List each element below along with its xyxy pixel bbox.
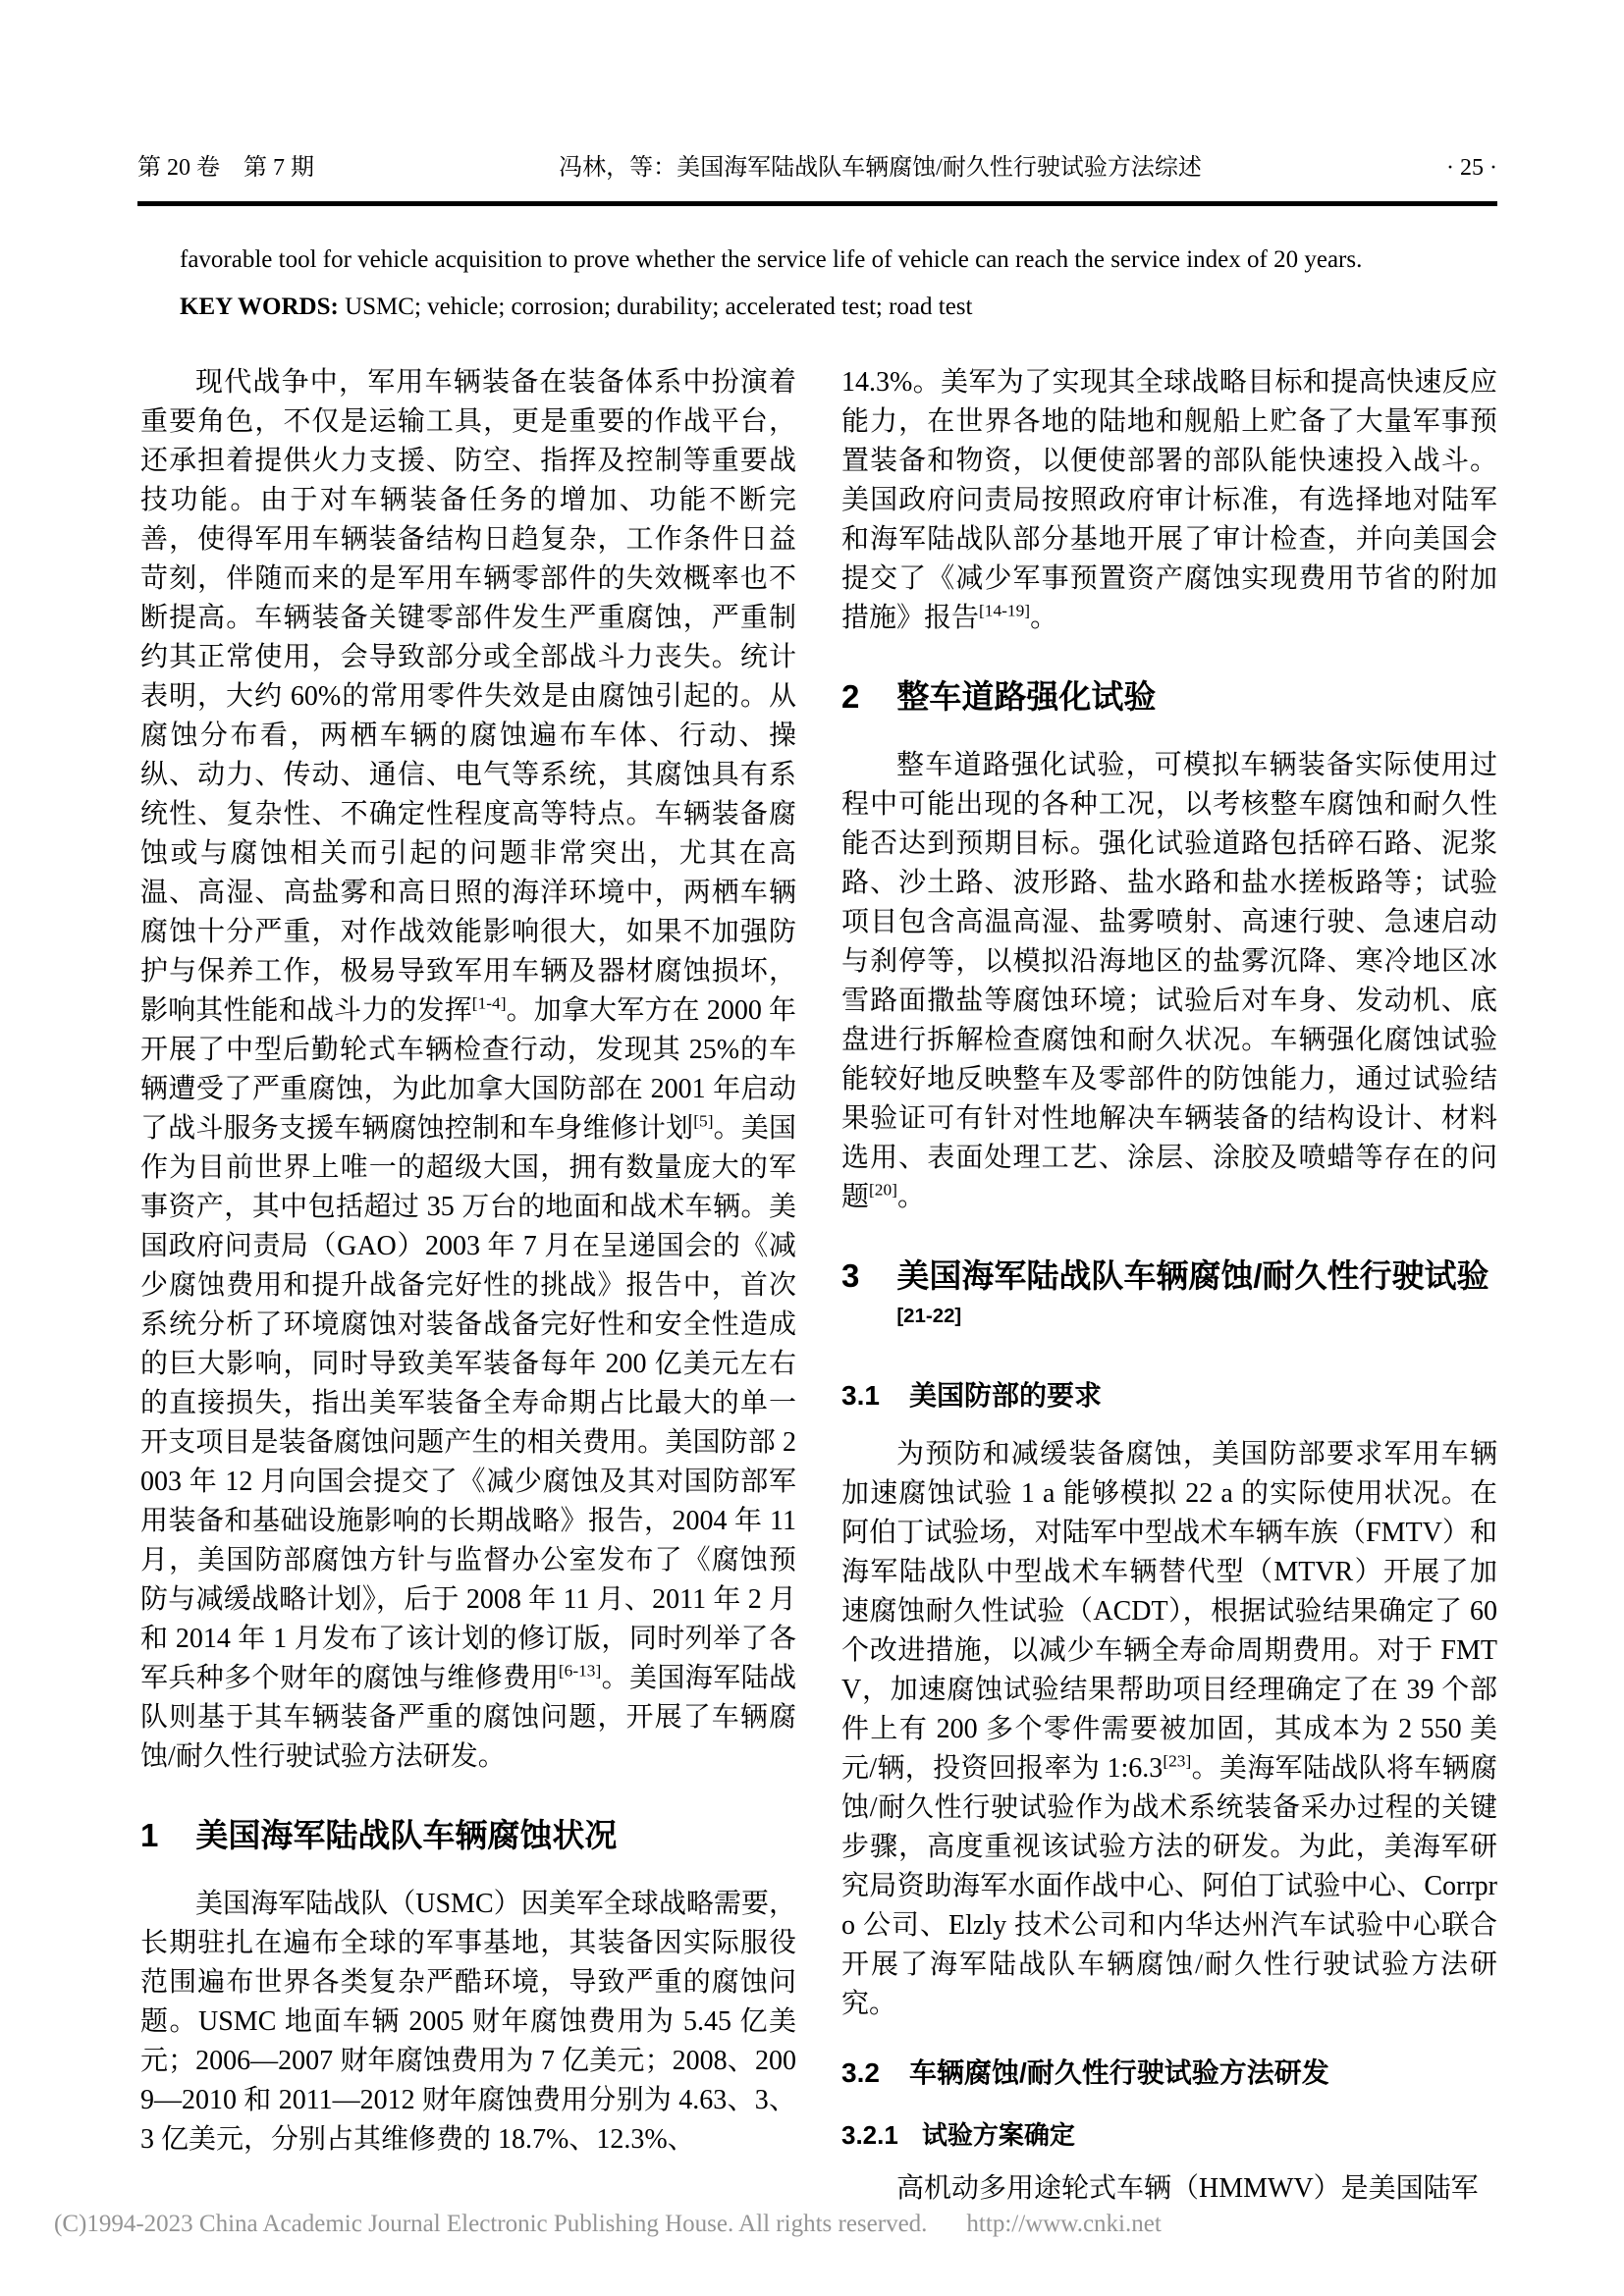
header-running-title: 冯林，等：美国海军陆战队车辆腐蚀/耐久性行驶试验方法综述 [314, 147, 1446, 182]
section-2-number: 2 [841, 673, 859, 721]
section-1-number: 1 [140, 1812, 158, 1859]
section-3-2-1-heading: 3.2.1 试验方案确定 [841, 2116, 1497, 2154]
journal-page: 第 20 卷 第 7 期 冯林，等：美国海军陆战队车辆腐蚀/耐久性行驶试验方法综… [0, 0, 1624, 2296]
usmc-corrosion-paragraph: 美国海军陆战队（USMC）因美军全球战略需要，长期驻扎在遍布全球的军事基地，其装… [140, 1885, 796, 2160]
keywords-text: USMC; vehicle; corrosion; durability; ac… [345, 294, 972, 320]
abstract-tail-line: favorable tool for vehicle acquisition t… [180, 243, 1407, 276]
section-3-heading: 3 美国海军陆战队车辆腐蚀/耐久性行驶试验[21-22] [841, 1253, 1497, 1347]
section-3-2-title: 车辆腐蚀/耐久性行驶试验方法研发 [909, 2054, 1497, 2093]
section-3-title: 美国海军陆战队车辆腐蚀/耐久性行驶试验[21-22] [896, 1253, 1497, 1347]
section-2-title: 整车道路强化试验 [896, 673, 1497, 721]
running-header: 第 20 卷 第 7 期 冯林，等：美国海军陆战队车辆腐蚀/耐久性行驶试验方法综… [137, 147, 1497, 182]
continued-paragraph: 14.3%。美军为了实现其全球战略目标和提高快速反应能力，在世界各地的陆地和舰船… [841, 363, 1497, 638]
section-3-2-heading: 3.2 车辆腐蚀/耐久性行驶试验方法研发 [841, 2054, 1497, 2093]
section-3-2-number: 3.2 [841, 2054, 880, 2093]
intro-paragraph: 现代战争中，军用车辆装备在装备体系中扮演着重要角色，不仅是运输工具，更是重要的作… [140, 363, 796, 1777]
header-volume-issue: 第 20 卷 第 7 期 [137, 147, 314, 182]
right-column: 14.3%。美军为了实现其全球战略目标和提高快速反应能力，在世界各地的陆地和舰船… [841, 363, 1497, 2209]
section-3-2-1-number: 3.2.1 [841, 2116, 898, 2154]
section-3-1-heading: 3.1 美国防部的要求 [841, 1376, 1497, 1415]
section-1-title: 美国海军陆战队车辆腐蚀状况 [195, 1812, 796, 1859]
abstract-block: favorable tool for vehicle acquisition t… [180, 243, 1407, 323]
section-2-heading: 2 整车道路强化试验 [841, 673, 1497, 721]
header-page-number: · 25 · [1446, 155, 1497, 182]
cnki-url: http://www.cnki.net [966, 2211, 1161, 2237]
hmmwv-paragraph: 高机动多用途轮式车辆（HMMWV）是美国陆军 [841, 2169, 1497, 2209]
section-3-1-number: 3.1 [841, 1376, 880, 1415]
keywords-label: KEY WORDS: [180, 294, 345, 320]
section-3-number: 3 [841, 1253, 859, 1347]
road-test-paragraph: 整车道路强化试验，可模拟车辆装备实际使用过程中可能出现的各种工况，以考核整车腐蚀… [841, 746, 1497, 1217]
copyright-text: (C)1994-2023 China Academic Journal Elec… [54, 2211, 927, 2237]
copyright-footer: (C)1994-2023 China Academic Journal Elec… [54, 2211, 1527, 2238]
section-3-2-1-title: 试验方案确定 [922, 2116, 1497, 2154]
dod-requirement-paragraph: 为预防和减缓装备腐蚀，美国防部要求军用车辆加速腐蚀试验 1 a 能够模拟 22 … [841, 1435, 1497, 2024]
left-column: 现代战争中，军用车辆装备在装备体系中扮演着重要角色，不仅是运输工具，更是重要的作… [140, 363, 796, 2160]
header-rule [137, 201, 1497, 206]
section-1-heading: 1 美国海军陆战队车辆腐蚀状况 [140, 1812, 796, 1859]
keywords-line: KEY WORDS: USMC; vehicle; corrosion; dur… [180, 291, 1407, 323]
section-3-1-title: 美国防部的要求 [909, 1376, 1497, 1415]
